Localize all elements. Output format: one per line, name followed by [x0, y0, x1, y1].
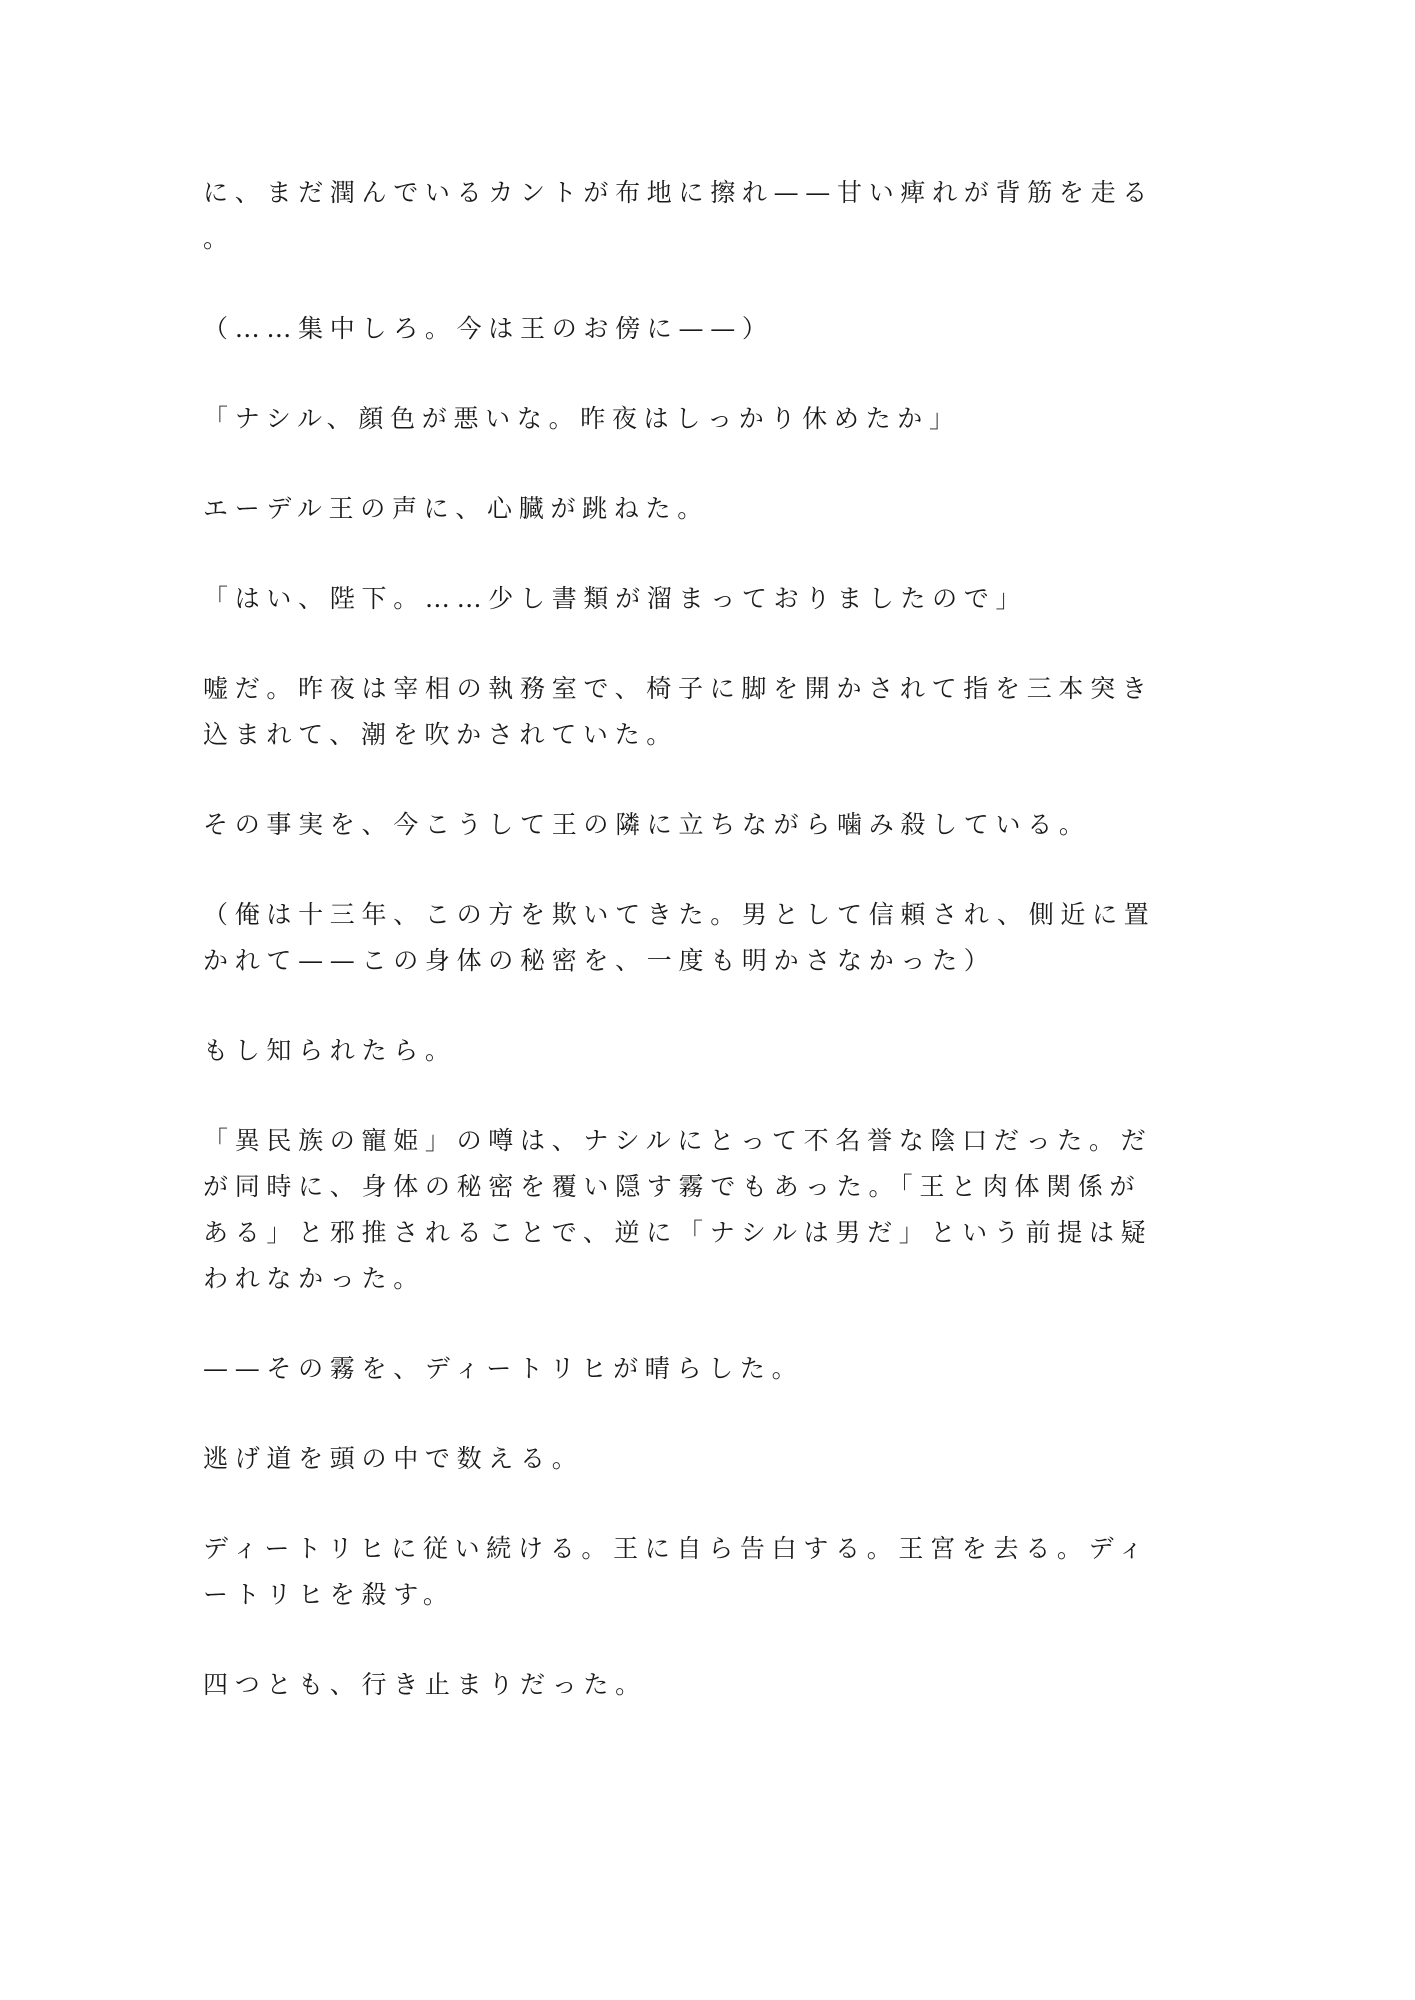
- paragraph: 四つとも、行き止まりだった。: [203, 1662, 1203, 1708]
- text-line: ある」と邪推されることで、逆に「ナシルは男だ」という前提は疑: [203, 1210, 1203, 1256]
- text-line: 。: [203, 216, 1203, 262]
- document-page: に、まだ潤んでいるカントが布地に擦れ——甘い痺れが背筋を走る 。 （……集中しろ…: [203, 170, 1203, 1752]
- text-line: われなかった。: [203, 1256, 1203, 1302]
- paragraph: もし知られたら。: [203, 1028, 1203, 1074]
- paragraph: 「ナシル、顔色が悪いな。昨夜はしっかり休めたか」: [203, 396, 1203, 442]
- text-line: （俺は十三年、この方を欺いてきた。男として信頼され、側近に置: [203, 892, 1203, 938]
- paragraph: 嘘だ。昨夜は宰相の執務室で、椅子に脚を開かされて指を三本突き 込まれて、潮を吹か…: [203, 666, 1203, 758]
- paragraph: （俺は十三年、この方を欺いてきた。男として信頼され、側近に置 かれて——この身体…: [203, 892, 1203, 984]
- text-line: もし知られたら。: [203, 1028, 1203, 1074]
- paragraph: その事実を、今こうして王の隣に立ちながら噛み殺している。: [203, 802, 1203, 848]
- text-line: ——その霧を、ディートリヒが晴らした。: [203, 1346, 1203, 1392]
- text-line: 四つとも、行き止まりだった。: [203, 1662, 1203, 1708]
- text-line: かれて——この身体の秘密を、一度も明かさなかった）: [203, 938, 1203, 984]
- paragraph: ディートリヒに従い続ける。王に自ら告白する。王宮を去る。ディ ートリヒを殺す。: [203, 1526, 1203, 1618]
- paragraph: 「異民族の寵姫」の噂は、ナシルにとって不名誉な陰口だった。だ が同時に、身体の秘…: [203, 1118, 1203, 1302]
- text-line: その事実を、今こうして王の隣に立ちながら噛み殺している。: [203, 802, 1203, 848]
- paragraph: ——その霧を、ディートリヒが晴らした。: [203, 1346, 1203, 1392]
- text-line: 嘘だ。昨夜は宰相の執務室で、椅子に脚を開かされて指を三本突き: [203, 666, 1203, 712]
- text-line: 「はい、陛下。……少し書類が溜まっておりましたので」: [203, 576, 1203, 622]
- text-line: ートリヒを殺す。: [203, 1572, 1203, 1618]
- paragraph: （……集中しろ。今は王のお傍に——）: [203, 306, 1203, 352]
- paragraph: 逃げ道を頭の中で数える。: [203, 1436, 1203, 1482]
- text-line: 「異民族の寵姫」の噂は、ナシルにとって不名誉な陰口だった。だ: [203, 1118, 1203, 1164]
- text-line: 込まれて、潮を吹かされていた。: [203, 712, 1203, 758]
- text-line: 逃げ道を頭の中で数える。: [203, 1436, 1203, 1482]
- text-line: に、まだ潤んでいるカントが布地に擦れ——甘い痺れが背筋を走る: [203, 170, 1203, 216]
- text-line: （……集中しろ。今は王のお傍に——）: [203, 306, 1203, 352]
- paragraph: 「はい、陛下。……少し書類が溜まっておりましたので」: [203, 576, 1203, 622]
- paragraph: に、まだ潤んでいるカントが布地に擦れ——甘い痺れが背筋を走る 。: [203, 170, 1203, 262]
- text-line: ディートリヒに従い続ける。王に自ら告白する。王宮を去る。ディ: [203, 1526, 1203, 1572]
- text-line: が同時に、身体の秘密を覆い隠す霧でもあった。「王と肉体関係が: [203, 1164, 1203, 1210]
- paragraph: エーデル王の声に、心臓が跳ねた。: [203, 486, 1203, 532]
- text-line: エーデル王の声に、心臓が跳ねた。: [203, 486, 1203, 532]
- text-line: 「ナシル、顔色が悪いな。昨夜はしっかり休めたか」: [203, 396, 1203, 442]
